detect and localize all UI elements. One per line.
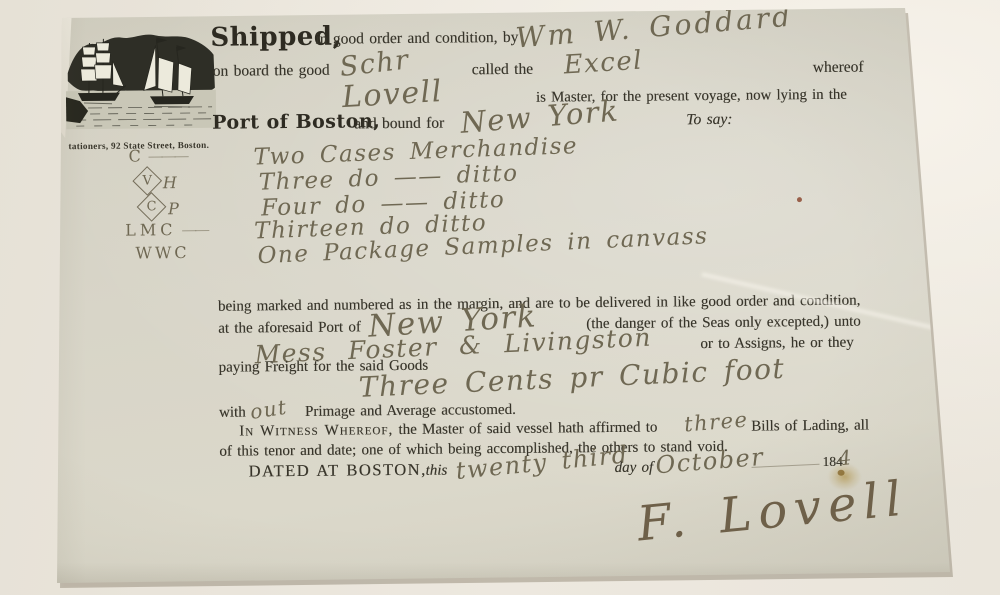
called-the-text: called the: [472, 61, 533, 80]
on-board-text: on board the good: [213, 62, 330, 81]
master-signature: F. Lovell: [635, 470, 910, 552]
stain-speck: [838, 470, 845, 476]
primage-text: Primage and Average accustomed.: [305, 402, 516, 421]
in-witness-whereof: In Witness Whereof,: [239, 422, 393, 439]
bills-count-handwritten: three: [683, 407, 749, 436]
vessel-name-handwritten: Excel: [563, 46, 644, 81]
bill-of-lading-paper: tationers, 92 State Street, Boston. Ship…: [50, 0, 960, 592]
diamond-letter: C: [142, 197, 161, 216]
bound-for-text: and bound for: [354, 115, 444, 134]
shipped-line-text: in good order and condition, by: [315, 29, 518, 49]
dated-at-boston-text: DATED AT BOSTON,: [248, 460, 426, 482]
this-word: this: [425, 463, 447, 480]
diamond-mark: V: [132, 166, 162, 196]
destination-handwritten: New York: [459, 93, 620, 140]
cargo-mark: C: [128, 146, 142, 165]
cargo-mark-after: P: [168, 199, 179, 218]
diamond-mark: C: [137, 192, 167, 222]
without-handwritten: out: [248, 395, 289, 424]
day-of-word: day of: [614, 460, 653, 477]
bills-of-lading-text: Bills of Lading, all: [751, 418, 869, 436]
assigns-clause-text: or to Assigns, he or they: [700, 335, 853, 353]
to-say-text: To say:: [686, 111, 732, 129]
cargo-mark: WWC: [135, 243, 189, 263]
cargo-mark: LMC: [125, 220, 176, 239]
aforesaid-port-text: at the aforesaid Port of: [218, 319, 361, 337]
photo-of-document: tationers, 92 State Street, Boston. Ship…: [0, 0, 1000, 595]
master-name-handwritten: Lovell: [341, 74, 444, 115]
whereof-text: whereof: [813, 59, 864, 77]
diamond-letter: V: [138, 171, 157, 190]
witness-rest-text: the Master of said vessel hath affirmed …: [398, 420, 657, 438]
shipper-name-handwritten: Wm W. Goddard: [514, 0, 794, 55]
witness-line: In Witness Whereof, the Master of said v…: [239, 420, 657, 441]
two-ships-engraving-icon: [65, 29, 216, 136]
ink-stain: [828, 463, 862, 491]
mark-dash: ———: [148, 149, 187, 165]
document-content: tationers, 92 State Street, Boston. Ship…: [47, 0, 963, 595]
mark-dash: ——: [182, 223, 208, 239]
cargo-mark-after: H: [163, 173, 177, 192]
foxing-spot: [797, 197, 802, 202]
marked-and-numbered-text: being marked and numbered as in the marg…: [218, 293, 861, 316]
with-word: with: [219, 404, 246, 421]
